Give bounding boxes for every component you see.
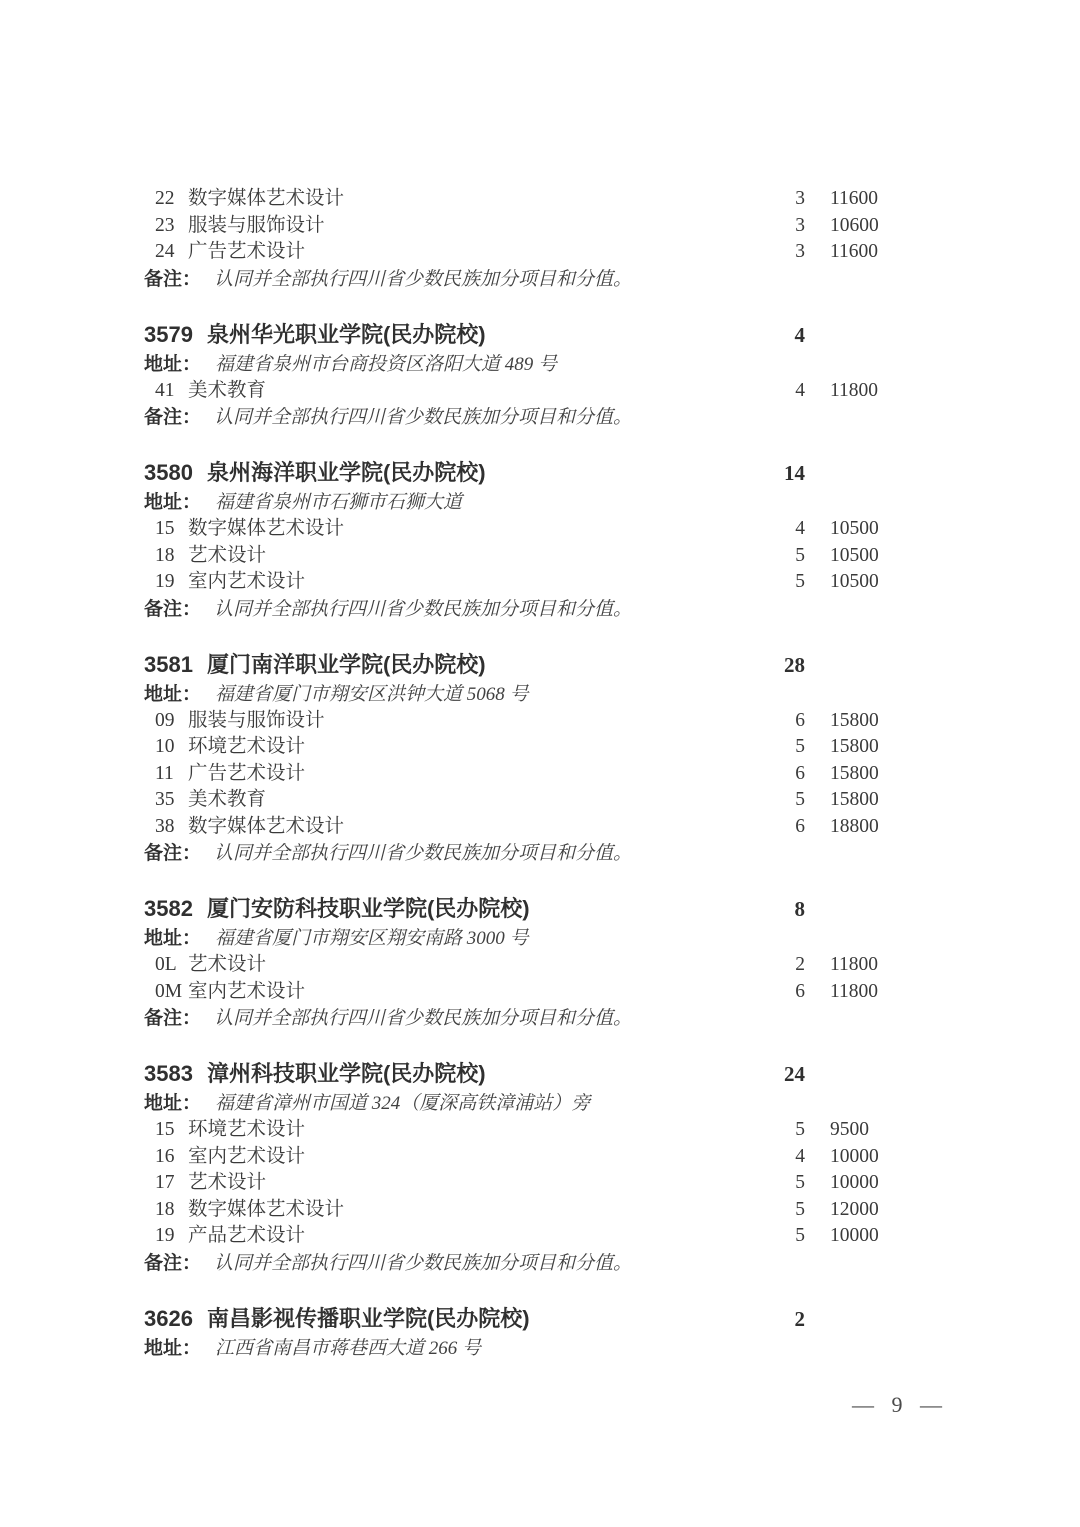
remark-label: 备注：: [144, 404, 201, 431]
address-value: 福建省厦门市翔安区洪钟大道 5068 号: [215, 681, 884, 708]
remark-value: 认同并全部执行四川省少数民族加分项目和分值。: [214, 596, 884, 623]
program-code: 23: [144, 213, 187, 240]
program-tuition: 10500: [830, 516, 884, 543]
address-label: 地址：: [144, 681, 201, 708]
program-count: 5: [765, 734, 805, 761]
remark-row: 备注： 认同并全部执行四川省少数民族加分项目和分值。: [144, 266, 884, 293]
program-name: 美术教育: [188, 787, 765, 814]
program-tuition: 11800: [830, 378, 884, 405]
school-total-count: 4: [765, 321, 805, 349]
school-code: 3579: [144, 321, 193, 349]
remark-value: 认同并全部执行四川省少数民族加分项目和分值。: [214, 840, 884, 867]
address-row: 地址： 江西省南昌市蒋巷西大道 266 号: [144, 1335, 884, 1362]
remark-label: 备注：: [144, 1250, 201, 1277]
program-code: 15: [144, 516, 187, 543]
program-name: 数字媒体艺术设计: [188, 1197, 765, 1224]
program-tuition: 10500: [830, 569, 884, 596]
school-code: 3582: [144, 895, 193, 923]
program-tuition: 15800: [830, 708, 884, 735]
program-code: 10: [144, 734, 187, 761]
program-row: 18 数字媒体艺术设计 5 12000: [144, 1197, 884, 1224]
program-name: 艺术设计: [188, 543, 765, 570]
school-block: 3583 漳州科技职业学院(民办院校) 24 地址： 福建省漳州市国道 324（…: [144, 1060, 884, 1277]
program-code: 0L: [144, 952, 187, 979]
school-header: 3582 厦门安防科技职业学院(民办院校) 8: [144, 895, 884, 923]
program-code: 38: [144, 814, 187, 841]
school-block: 3626 南昌影视传播职业学院(民办院校) 2 地址： 江西省南昌市蒋巷西大道 …: [144, 1305, 884, 1362]
remark-label: 备注：: [144, 1005, 201, 1032]
remark-value: 认同并全部执行四川省少数民族加分项目和分值。: [214, 404, 884, 431]
school-header: 3581 厦门南洋职业学院(民办院校) 28: [144, 651, 884, 679]
page-number: — 9 —: [852, 1392, 948, 1417]
program-row: 16 室内艺术设计 4 10000: [144, 1144, 884, 1171]
program-code: 0M: [144, 979, 187, 1006]
program-code: 41: [144, 378, 187, 405]
school-block: 3581 厦门南洋职业学院(民办院校) 28 地址： 福建省厦门市翔安区洪钟大道…: [144, 651, 884, 868]
program-count: 3: [765, 239, 805, 266]
program-count: 2: [765, 952, 805, 979]
address-label: 地址：: [144, 1090, 201, 1117]
program-row: 09 服装与服饰设计 6 15800: [144, 708, 884, 735]
address-label: 地址：: [144, 1335, 201, 1362]
address-row: 地址： 福建省泉州市石狮市石狮大道: [144, 489, 884, 516]
program-row: 10 环境艺术设计 5 15800: [144, 734, 884, 761]
school-block: 3580 泉州海洋职业学院(民办院校) 14 地址： 福建省泉州市石狮市石狮大道…: [144, 459, 884, 623]
remark-label: 备注：: [144, 596, 201, 623]
remark-label: 备注：: [144, 840, 201, 867]
program-tuition: 15800: [830, 734, 884, 761]
program-row: 15 环境艺术设计 5 9500: [144, 1117, 884, 1144]
program-count: 6: [765, 708, 805, 735]
program-name: 美术教育: [188, 378, 765, 405]
program-count: 3: [765, 186, 805, 213]
address-value: 福建省漳州市国道 324（厦深高铁漳浦站）旁: [215, 1090, 884, 1117]
program-name: 室内艺术设计: [188, 1144, 765, 1171]
address-value: 福建省泉州市石狮市石狮大道: [215, 489, 884, 516]
program-row: 11 广告艺术设计 6 15800: [144, 761, 884, 788]
program-row: 22 数字媒体艺术设计 3 11600: [144, 186, 884, 213]
program-code: 24: [144, 239, 187, 266]
school-block: 3582 厦门安防科技职业学院(民办院校) 8 地址： 福建省厦门市翔安区翔安南…: [144, 895, 884, 1032]
program-tuition: 11600: [830, 239, 884, 266]
program-row: 0M 室内艺术设计 6 11800: [144, 979, 884, 1006]
program-code: 35: [144, 787, 187, 814]
program-row: 15 数字媒体艺术设计 4 10500: [144, 516, 884, 543]
remark-row: 备注： 认同并全部执行四川省少数民族加分项目和分值。: [144, 1250, 884, 1277]
school-header: 3579 泉州华光职业学院(民办院校) 4: [144, 321, 884, 349]
program-tuition: 12000: [830, 1197, 884, 1224]
program-count: 4: [765, 1144, 805, 1171]
program-count: 5: [765, 1117, 805, 1144]
program-code: 19: [144, 1223, 187, 1250]
remark-row: 备注： 认同并全部执行四川省少数民族加分项目和分值。: [144, 840, 884, 867]
program-count: 5: [765, 543, 805, 570]
school-code: 3626: [144, 1305, 193, 1333]
program-count: 4: [765, 378, 805, 405]
program-tuition: 15800: [830, 787, 884, 814]
address-value: 福建省厦门市翔安区翔安南路 3000 号: [215, 925, 884, 952]
school-total-count: 14: [765, 459, 805, 487]
program-tuition: 10000: [830, 1144, 884, 1171]
program-name: 环境艺术设计: [188, 1117, 765, 1144]
program-tuition: 9500: [830, 1117, 884, 1144]
program-tuition: 10600: [830, 213, 884, 240]
program-count: 5: [765, 787, 805, 814]
program-code: 22: [144, 186, 187, 213]
program-code: 18: [144, 543, 187, 570]
school-name: 泉州海洋职业学院(民办院校): [207, 459, 765, 487]
program-code: 09: [144, 708, 187, 735]
program-name: 艺术设计: [188, 952, 765, 979]
program-row: 0L 艺术设计 2 11800: [144, 952, 884, 979]
program-name: 数字媒体艺术设计: [188, 186, 765, 213]
program-count: 3: [765, 213, 805, 240]
remark-value: 认同并全部执行四川省少数民族加分项目和分值。: [214, 1005, 884, 1032]
program-tuition: 10000: [830, 1223, 884, 1250]
address-row: 地址： 福建省厦门市翔安区翔安南路 3000 号: [144, 925, 884, 952]
program-code: 15: [144, 1117, 187, 1144]
program-name: 产品艺术设计: [188, 1223, 765, 1250]
program-count: 6: [765, 979, 805, 1006]
program-count: 5: [765, 1223, 805, 1250]
program-name: 数字媒体艺术设计: [188, 814, 765, 841]
program-name: 环境艺术设计: [188, 734, 765, 761]
address-row: 地址： 福建省漳州市国道 324（厦深高铁漳浦站）旁: [144, 1090, 884, 1117]
remark-label: 备注：: [144, 266, 201, 293]
page-content: 22 数字媒体艺术设计 3 11600 23 服装与服饰设计 3 10600 2…: [0, 0, 1080, 1362]
program-name: 室内艺术设计: [188, 569, 765, 596]
address-row: 地址： 福建省厦门市翔安区洪钟大道 5068 号: [144, 681, 884, 708]
school-total-count: 2: [765, 1305, 805, 1333]
remark-row: 备注： 认同并全部执行四川省少数民族加分项目和分值。: [144, 1005, 884, 1032]
program-name: 广告艺术设计: [188, 239, 765, 266]
program-tuition: 11800: [830, 952, 884, 979]
program-tuition: 18800: [830, 814, 884, 841]
program-row: 18 艺术设计 5 10500: [144, 543, 884, 570]
program-row: 19 室内艺术设计 5 10500: [144, 569, 884, 596]
remark-row: 备注： 认同并全部执行四川省少数民族加分项目和分值。: [144, 596, 884, 623]
program-name: 艺术设计: [188, 1170, 765, 1197]
remark-row: 备注： 认同并全部执行四川省少数民族加分项目和分值。: [144, 404, 884, 431]
school-name: 南昌影视传播职业学院(民办院校): [207, 1305, 765, 1333]
program-tuition: 11800: [830, 979, 884, 1006]
program-name: 服装与服饰设计: [188, 213, 765, 240]
program-tuition: 10500: [830, 543, 884, 570]
school-name: 厦门安防科技职业学院(民办院校): [207, 895, 765, 923]
program-code: 19: [144, 569, 187, 596]
program-tuition: 15800: [830, 761, 884, 788]
school-code: 3583: [144, 1060, 193, 1088]
program-code: 18: [144, 1197, 187, 1224]
remark-value: 认同并全部执行四川省少数民族加分项目和分值。: [214, 266, 884, 293]
address-label: 地址：: [144, 925, 201, 952]
program-row: 19 产品艺术设计 5 10000: [144, 1223, 884, 1250]
program-name: 服装与服饰设计: [188, 708, 765, 735]
school-total-count: 28: [765, 651, 805, 679]
program-count: 6: [765, 814, 805, 841]
program-row: 41 美术教育 4 11800: [144, 378, 884, 405]
remark-value: 认同并全部执行四川省少数民族加分项目和分值。: [214, 1250, 884, 1277]
school-code: 3580: [144, 459, 193, 487]
program-code: 17: [144, 1170, 187, 1197]
program-row: 35 美术教育 5 15800: [144, 787, 884, 814]
school-name: 漳州科技职业学院(民办院校): [207, 1060, 765, 1088]
program-name: 数字媒体艺术设计: [188, 516, 765, 543]
school-total-count: 24: [765, 1060, 805, 1088]
school-header: 3626 南昌影视传播职业学院(民办院校) 2: [144, 1305, 884, 1333]
program-tuition: 11600: [830, 186, 884, 213]
program-name: 广告艺术设计: [188, 761, 765, 788]
address-label: 地址：: [144, 489, 201, 516]
school-name: 泉州华光职业学院(民办院校): [207, 321, 765, 349]
address-value: 江西省南昌市蒋巷西大道 266 号: [215, 1335, 884, 1362]
page-footer: — 9 —: [852, 1392, 948, 1418]
program-code: 11: [144, 761, 187, 788]
program-tuition: 10000: [830, 1170, 884, 1197]
school-header: 3583 漳州科技职业学院(民办院校) 24: [144, 1060, 884, 1088]
school-total-count: 8: [765, 895, 805, 923]
program-count: 4: [765, 516, 805, 543]
school-name: 厦门南洋职业学院(民办院校): [207, 651, 765, 679]
program-row: 17 艺术设计 5 10000: [144, 1170, 884, 1197]
program-count: 5: [765, 569, 805, 596]
school-code: 3581: [144, 651, 193, 679]
program-code: 16: [144, 1144, 187, 1171]
school-block: 3579 泉州华光职业学院(民办院校) 4 地址： 福建省泉州市台商投资区洛阳大…: [144, 321, 884, 432]
program-count: 6: [765, 761, 805, 788]
program-count: 5: [765, 1170, 805, 1197]
program-row: 23 服装与服饰设计 3 10600: [144, 213, 884, 240]
document-page: 22 数字媒体艺术设计 3 11600 23 服装与服饰设计 3 10600 2…: [0, 0, 1080, 1527]
address-row: 地址： 福建省泉州市台商投资区洛阳大道 489 号: [144, 351, 884, 378]
program-row: 24 广告艺术设计 3 11600: [144, 239, 884, 266]
address-value: 福建省泉州市台商投资区洛阳大道 489 号: [215, 351, 884, 378]
school-header: 3580 泉州海洋职业学院(民办院校) 14: [144, 459, 884, 487]
school-block-continuation: 22 数字媒体艺术设计 3 11600 23 服装与服饰设计 3 10600 2…: [144, 186, 884, 293]
program-name: 室内艺术设计: [188, 979, 765, 1006]
address-label: 地址：: [144, 351, 201, 378]
program-row: 38 数字媒体艺术设计 6 18800: [144, 814, 884, 841]
program-count: 5: [765, 1197, 805, 1224]
